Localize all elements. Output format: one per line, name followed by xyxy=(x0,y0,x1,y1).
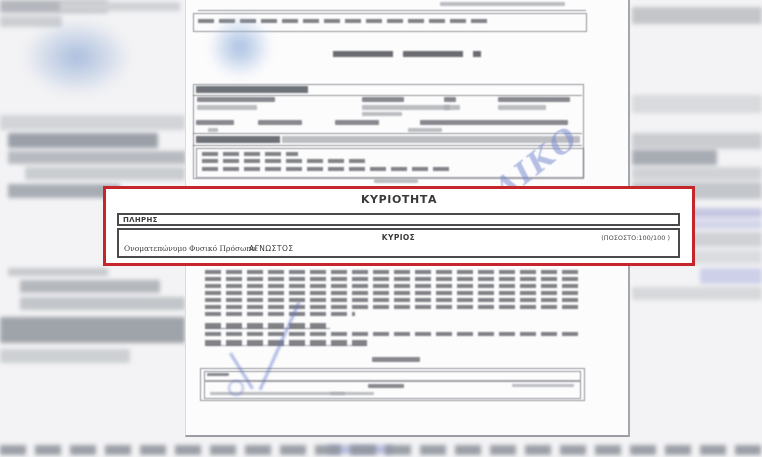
blurred-centered-heading xyxy=(372,357,420,362)
blurred-paragraph-line xyxy=(205,270,580,274)
blurred-row xyxy=(0,317,185,343)
blurred-row xyxy=(632,133,762,149)
blurred-cell-value xyxy=(362,105,450,110)
blurred-text-line xyxy=(202,159,370,163)
blurred-cell-value xyxy=(444,105,460,110)
blue-watermark-loop xyxy=(228,380,244,396)
blurred-column-header xyxy=(197,97,275,102)
blurred-text-line xyxy=(207,373,229,376)
blurred-row xyxy=(632,150,717,165)
blurred-text-line xyxy=(440,2,565,6)
blurred-cell-value xyxy=(408,128,442,132)
blurred-row xyxy=(20,297,185,310)
blurred-row xyxy=(8,133,158,148)
emblem-watermark-blur xyxy=(208,16,272,78)
divider-line xyxy=(193,145,582,146)
divider-line xyxy=(198,10,586,11)
document-title-blurred xyxy=(333,51,481,57)
owner-name-label: Ονοματεπώνυμο Φυσικό Πρόσωπο: xyxy=(124,244,258,253)
blurred-paragraph-line xyxy=(205,284,580,288)
blurred-row xyxy=(60,2,180,11)
blurred-column-header xyxy=(498,97,570,102)
ownership-section-title: ΚΥΡΙΟΤΗΤΑ xyxy=(106,193,692,206)
blurred-column-header xyxy=(420,120,568,125)
blurred-right-label xyxy=(512,384,574,387)
ownership-highlight-box: ΚΥΡΙΟΤΗΤΑ ΠΛΗΡΗΣ ΚΥΡΙΟΣ (ΠΟΣΟΣΤΟ:100/100… xyxy=(103,186,695,266)
blurred-column-header xyxy=(444,97,456,102)
blurred-cell-value xyxy=(197,105,257,110)
emblem-watermark-blur xyxy=(22,18,132,96)
blurred-column-header xyxy=(196,120,234,125)
blurred-row xyxy=(8,151,186,164)
blurred-column-header xyxy=(335,120,379,125)
ownership-type-label: ΠΛΗΡΗΣ xyxy=(119,215,678,224)
bottom-section-strip xyxy=(204,371,581,381)
blurred-row xyxy=(700,268,762,284)
owner-name-value: ΑΓΝΩΣΤΟΣ xyxy=(249,244,294,253)
blurred-column-header xyxy=(258,120,302,125)
blurred-row xyxy=(8,268,108,276)
blurred-row xyxy=(632,167,762,180)
blurred-centered-label xyxy=(368,384,404,388)
blurred-cell-value xyxy=(208,128,218,132)
blurred-cell-value xyxy=(362,112,402,116)
ownership-type-box: ΠΛΗΡΗΣ xyxy=(117,213,680,226)
blurred-paragraph-line xyxy=(205,305,580,309)
blurred-address-label xyxy=(196,136,280,143)
blurred-caption xyxy=(374,179,418,183)
divider-line xyxy=(193,133,582,134)
blurred-cell-value xyxy=(498,105,546,110)
divider-line xyxy=(193,95,582,96)
blurred-paragraph-line xyxy=(205,298,580,302)
blurred-paragraph-line xyxy=(205,277,580,281)
blurred-row xyxy=(25,167,185,180)
blurred-row xyxy=(0,349,130,363)
blurred-paragraph-line xyxy=(205,340,367,346)
blurred-bottom-text-row xyxy=(0,445,762,455)
screenshot-root: ΛΙΚΟ ΚΥΡΙΟΤΗΤΑ ΠΛΗΡΗΣ ΚΥΡΙΟΣ (ΠΟΣΟΣΤΟ:10… xyxy=(0,0,762,457)
owner-details-box: ΚΥΡΙΟΣ (ΠΟΣΟΣΤΟ:100/100 ) Ονοματεπώνυμο … xyxy=(117,228,680,258)
blurred-text-line xyxy=(330,392,374,395)
blurred-row xyxy=(20,280,160,293)
blurred-row xyxy=(632,7,762,24)
blurred-row xyxy=(0,115,185,130)
ownership-share-label: (ΠΟΣΟΣΤΟ:100/100 ) xyxy=(601,234,670,242)
blurred-section-label xyxy=(196,86,308,93)
blurred-underlined-heading xyxy=(205,323,330,329)
blurred-text-line xyxy=(202,167,450,171)
blurred-column-header xyxy=(362,97,404,102)
blurred-paragraph-line xyxy=(205,291,580,295)
blurred-row xyxy=(632,287,762,300)
blurred-paragraph-line xyxy=(205,312,355,316)
blurred-text-line xyxy=(202,152,298,156)
blurred-paragraph-line xyxy=(205,332,580,336)
blurred-row xyxy=(632,95,762,113)
owner-role-label: ΚΥΡΙΟΣ xyxy=(119,233,678,242)
